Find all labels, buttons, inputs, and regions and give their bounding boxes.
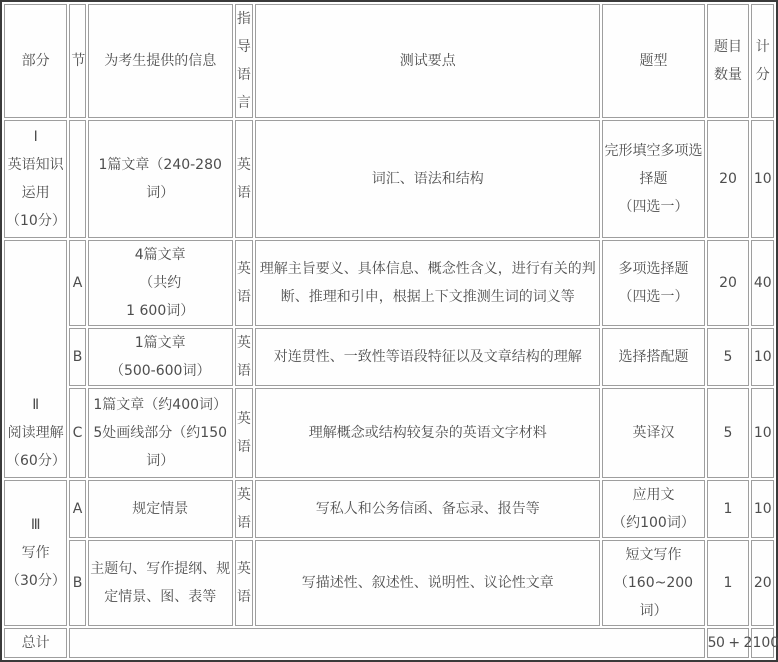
cell-question-type-2b: 选择搭配题 (602, 328, 704, 386)
cell-score-2c: 10 (751, 388, 774, 478)
header-question-count: 题目 数量 (707, 4, 750, 118)
cell-language-2a: 英 语 (235, 240, 253, 326)
cell-test-points-3b: 写描述性、叙述性、说明性、议论性文章 (255, 540, 600, 626)
total-question-count: 50 + 2 (707, 628, 750, 658)
cell-question-count-1: 20 (707, 120, 750, 238)
cell-info-1: 1篇文章（240-280 词） (88, 120, 233, 238)
cell-question-count-2c: 5 (707, 388, 750, 478)
table-row: Ⅲ 写作 （30分） A 规定情景 英 语 写私人和公务信函、备忘录、报告等 应… (4, 480, 774, 538)
cell-language-1: 英 语 (235, 120, 253, 238)
header-language: 指 导 语 言 (235, 4, 253, 118)
cell-test-points-2a: 理解主旨要义、具体信息、概念性含义，进行有关的判 断、推理和引申，根据上下文推测… (255, 240, 600, 326)
cell-part-1: Ⅰ 英语知识 运用 （10分） (4, 120, 67, 238)
total-label: 总计 (4, 628, 67, 658)
cell-question-type-3b: 短文写作 （160~200词） (602, 540, 704, 626)
cell-part-2: Ⅱ 阅读理解 （60分） (4, 240, 67, 478)
cell-question-type-2a: 多项选择题 （四选一） (602, 240, 704, 326)
cell-section-3b: B (69, 540, 85, 626)
cell-question-count-3b: 1 (707, 540, 750, 626)
total-score: 100 (751, 628, 774, 658)
cell-test-points-1: 词汇、语法和结构 (255, 120, 600, 238)
exam-structure-table: 部分 节 为考生提供的信息 指 导 语 言 测试要点 题型 题目 数量 计 分 … (0, 0, 778, 662)
cell-score-2b: 10 (751, 328, 774, 386)
cell-question-count-2a: 20 (707, 240, 750, 326)
cell-test-points-3a: 写私人和公务信函、备忘录、报告等 (255, 480, 600, 538)
cell-score-1: 10 (751, 120, 774, 238)
cell-language-3b: 英 语 (235, 540, 253, 626)
cell-language-3a: 英 语 (235, 480, 253, 538)
cell-test-points-2c: 理解概念或结构较复杂的英语文字材料 (255, 388, 600, 478)
cell-score-2a: 40 (751, 240, 774, 326)
cell-section-2b: B (69, 328, 85, 386)
cell-language-2b: 英 语 (235, 328, 253, 386)
cell-question-type-3a: 应用文 （约100词） (602, 480, 704, 538)
cell-section-1 (69, 120, 85, 238)
header-question-type: 题型 (602, 4, 704, 118)
cell-info-3a: 规定情景 (88, 480, 233, 538)
header-info: 为考生提供的信息 (88, 4, 233, 118)
cell-section-2c: C (69, 388, 85, 478)
table-row: Ⅱ 阅读理解 （60分） A 4篇文章 （共约 1 600词） 英 语 理解主旨… (4, 240, 774, 326)
cell-language-2c: 英 语 (235, 388, 253, 478)
cell-part-3: Ⅲ 写作 （30分） (4, 480, 67, 626)
header-score: 计 分 (751, 4, 774, 118)
header-row: 部分 节 为考生提供的信息 指 导 语 言 测试要点 题型 题目 数量 计 分 (4, 4, 774, 118)
table-row: B 1篇文章 （500-600词） 英 语 对连贯性、一致性等语段特征以及文章结… (4, 328, 774, 386)
cell-info-3b: 主题句、写作提纲、规 定情景、图、表等 (88, 540, 233, 626)
header-test-points: 测试要点 (255, 4, 600, 118)
header-section: 节 (69, 4, 85, 118)
cell-question-count-3a: 1 (707, 480, 750, 538)
cell-section-2a: A (69, 240, 85, 326)
cell-section-3a: A (69, 480, 85, 538)
cell-score-3a: 10 (751, 480, 774, 538)
cell-info-2b: 1篇文章 （500-600词） (88, 328, 233, 386)
cell-question-type-2c: 英译汉 (602, 388, 704, 478)
total-blank-cell (69, 628, 704, 658)
cell-info-2c: 1篇文章（约400词） 5处画线部分（约150 词） (88, 388, 233, 478)
cell-question-type-1: 完形填空多项选 择题 （四选一） (602, 120, 704, 238)
table-row: Ⅰ 英语知识 运用 （10分） 1篇文章（240-280 词） 英 语 词汇、语… (4, 120, 774, 238)
table-row: C 1篇文章（约400词） 5处画线部分（约150 词） 英 语 理解概念或结构… (4, 388, 774, 478)
header-part: 部分 (4, 4, 67, 118)
table-row: B 主题句、写作提纲、规 定情景、图、表等 英 语 写描述性、叙述性、说明性、议… (4, 540, 774, 626)
total-row: 总计 50 + 2 100 (4, 628, 774, 658)
cell-score-3b: 20 (751, 540, 774, 626)
cell-question-count-2b: 5 (707, 328, 750, 386)
cell-test-points-2b: 对连贯性、一致性等语段特征以及文章结构的理解 (255, 328, 600, 386)
cell-info-2a: 4篇文章 （共约 1 600词） (88, 240, 233, 326)
